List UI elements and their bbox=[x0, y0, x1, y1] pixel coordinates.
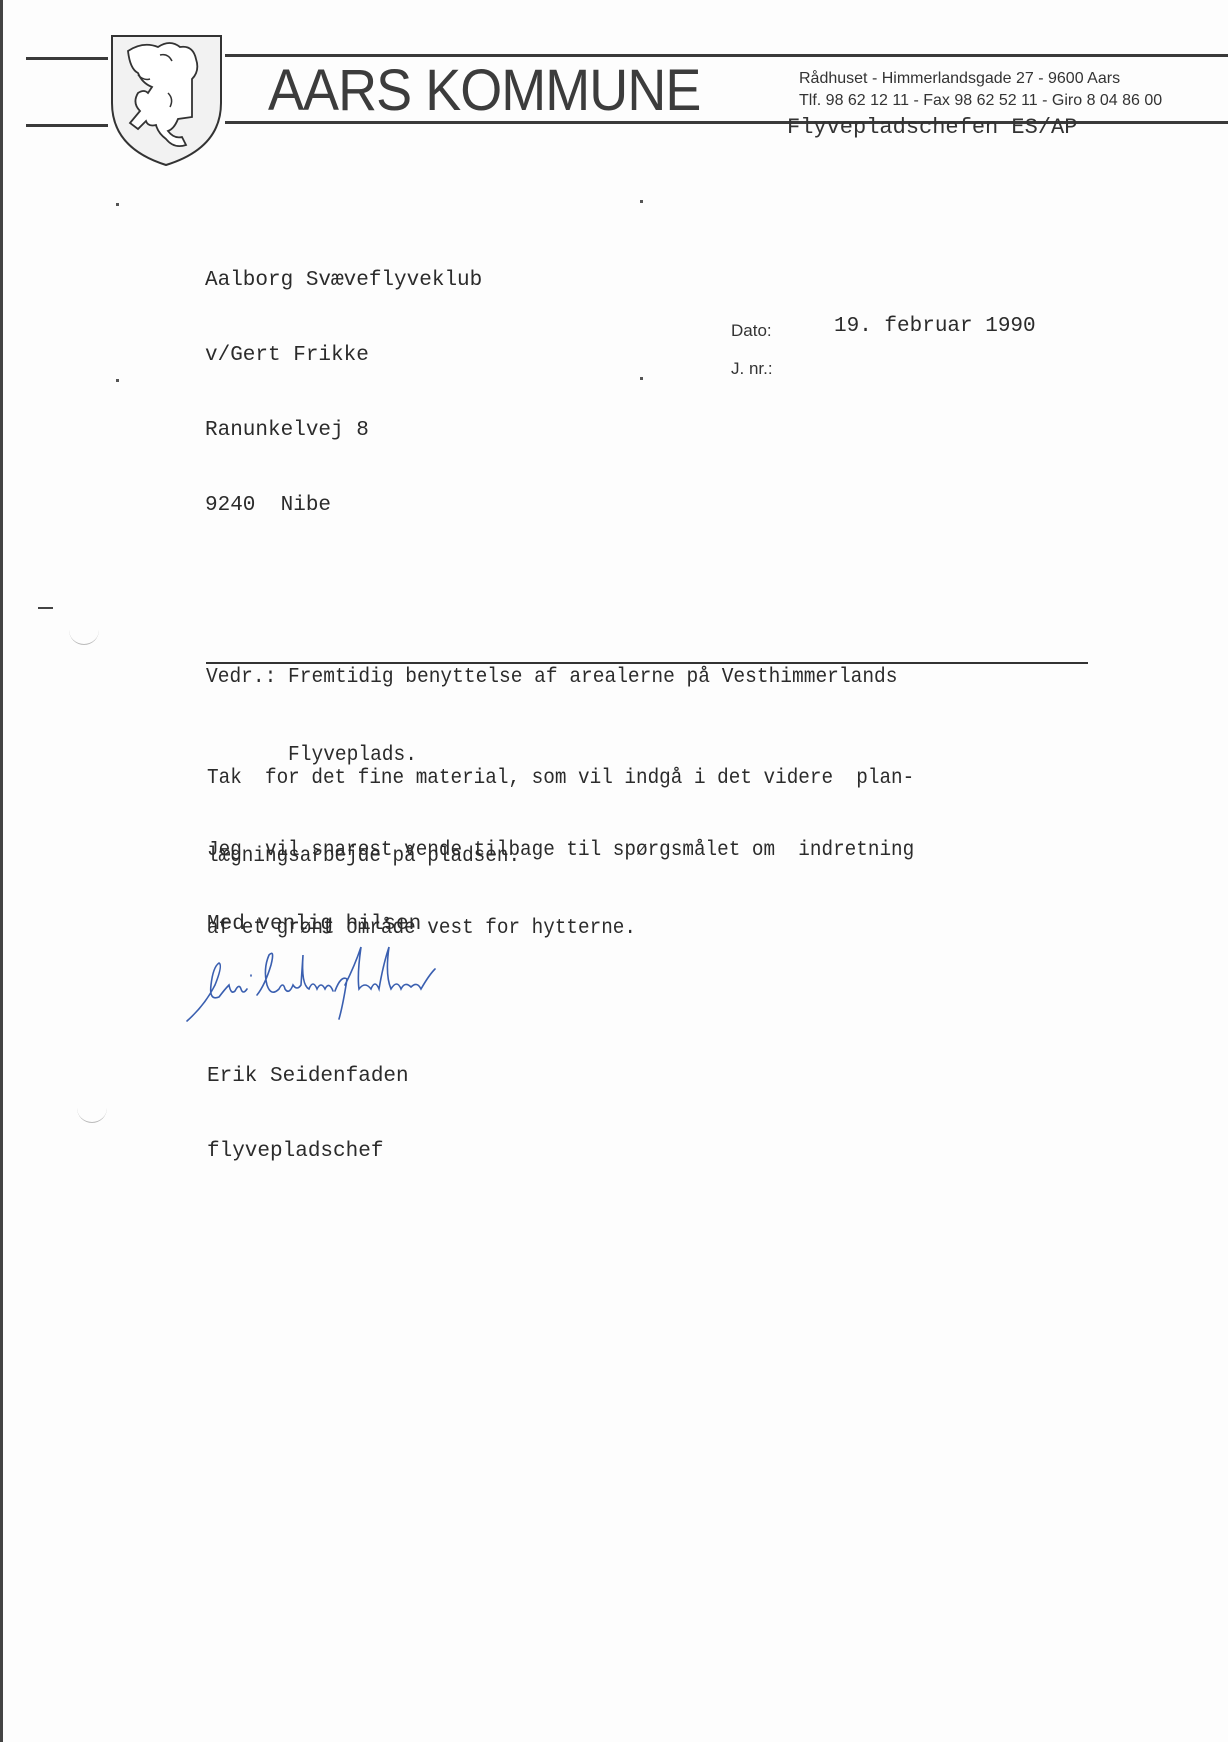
subject-label: Vedr.: bbox=[206, 666, 276, 689]
signer-block: Erik Seidenfaden flyvepladschef bbox=[207, 1014, 409, 1214]
recipient-line: 9240 Nibe bbox=[205, 493, 482, 518]
window-mark bbox=[116, 203, 119, 206]
letter-page: AARS KOMMUNE Rådhuset - Himmerlandsgade … bbox=[0, 0, 1228, 1742]
window-mark bbox=[116, 379, 119, 382]
sender-department: Flyvepladschefen ES/AP bbox=[787, 117, 1077, 139]
window-mark bbox=[640, 200, 643, 203]
punch-hole bbox=[69, 628, 99, 645]
recipient-line: Ranunkelvej 8 bbox=[205, 418, 482, 443]
closing-salutation: Med venlig hilsen bbox=[207, 913, 421, 936]
recipient-line: Aalborg Svæveflyveklub bbox=[205, 268, 482, 293]
window-mark bbox=[640, 377, 643, 380]
letterhead-rule bbox=[26, 57, 108, 60]
letterhead-rule bbox=[26, 124, 108, 127]
handwritten-signature bbox=[185, 945, 485, 1025]
signer-title: flyvepladschef bbox=[207, 1139, 409, 1164]
coat-of-arms-icon bbox=[108, 33, 225, 168]
signer-name: Erik Seidenfaden bbox=[207, 1064, 409, 1089]
recipient-address: Aalborg Svæveflyveklub v/Gert Frikke Ran… bbox=[205, 218, 482, 568]
journal-number-label: J. nr.: bbox=[731, 359, 773, 379]
organization-name: AARS KOMMUNE bbox=[268, 58, 700, 124]
recipient-line: v/Gert Frikke bbox=[205, 343, 482, 368]
date-label: Dato: bbox=[731, 321, 772, 341]
body-line: Jeg vil snarest vende tilbage til spørgs… bbox=[207, 838, 914, 864]
date-value: 19. februar 1990 bbox=[834, 315, 1036, 338]
letterhead-rule bbox=[225, 54, 1228, 57]
subject-line: Fremtidig benyttelse af arealerne på Ves… bbox=[288, 666, 897, 689]
organization-contact: Tlf. 98 62 12 11 - Fax 98 62 52 11 - Gir… bbox=[799, 92, 1162, 110]
subject-underline bbox=[206, 662, 1088, 664]
fold-mark bbox=[38, 607, 53, 609]
punch-hole bbox=[77, 1106, 107, 1123]
scan-edge bbox=[0, 0, 3, 1742]
organization-address: Rådhuset - Himmerlandsgade 27 - 9600 Aar… bbox=[799, 70, 1120, 88]
